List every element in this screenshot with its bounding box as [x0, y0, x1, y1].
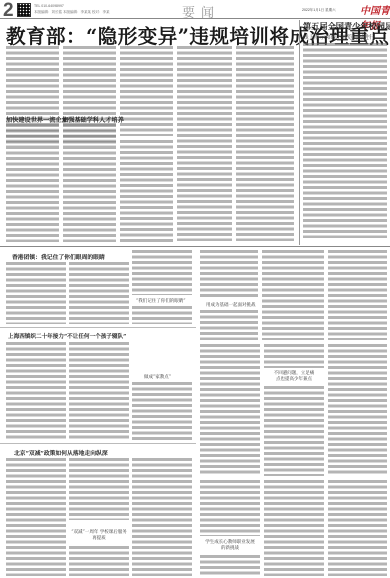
story1-col1 [6, 262, 66, 324]
side-subhead: 线上展示和线下展览同时进行 [303, 33, 375, 41]
story2-col3 [132, 382, 192, 440]
lead-body-col3 [120, 46, 173, 136]
right-subhead-3: 学生成长心教师职业发展的新挑战 [204, 540, 256, 552]
divider [299, 20, 300, 245]
lead-subhead-2: 加强基础学科人才培养 [62, 115, 124, 124]
story1-headline[interactable]: 香港团镇：我记住了你们眼周的眼睛 [12, 252, 105, 261]
right-subhead-1: 用成为基础一起面对挑战 [206, 302, 256, 308]
story1-col3 [132, 250, 192, 295]
story3-headline[interactable]: 北京“双减”政策如何从落地走向纵深 [14, 448, 108, 457]
right-low-col3 [328, 480, 387, 576]
qr-code-icon [17, 3, 31, 17]
right-mid-col2-a [264, 344, 324, 368]
right-mid-col2-b [264, 386, 324, 476]
story3-col1 [6, 458, 66, 576]
story-rule-2 [0, 443, 196, 444]
right-col3 [328, 250, 387, 340]
right-subhead-2: 不回避问题，立足痛点也提高少年兼点 [272, 371, 316, 383]
story3-col2-b [69, 546, 129, 576]
right-low-col1-b [200, 555, 260, 576]
right-low-col2 [264, 480, 324, 576]
masthead-rule [0, 18, 390, 19]
sub2-body-b [120, 140, 173, 242]
story3-subhead: “双减”一周年 学校课后服务再提质 [70, 530, 128, 542]
story3-col3 [132, 458, 192, 576]
story2-subhead: 做成“家教点” [144, 374, 171, 380]
masthead-editors: 本版编辑：刘长铭 本版编辑：李某某 校对：李某 [34, 10, 109, 15]
story2-col1 [6, 342, 66, 440]
section-rule [0, 246, 390, 247]
masthead-date: 2022年1月1日 星期六 [302, 8, 336, 13]
right-col1-b [200, 310, 258, 340]
story1-col3b [132, 306, 192, 324]
story1-subhead: “我们记住了你们的眼睛” [136, 298, 186, 304]
sub1-body [6, 124, 59, 242]
sub2-body-a [63, 124, 116, 242]
lead-body-col5 [236, 46, 294, 241]
right-col1-a [200, 250, 258, 298]
lead-body-col4 [177, 46, 232, 241]
story1-col2 [69, 262, 129, 324]
story3-col2-a [69, 458, 129, 520]
story2-headline[interactable]: 上海西镇织二十年接力“不让任何一个孩子辍队” [8, 332, 126, 340]
side-story-body [303, 43, 387, 238]
side-headline[interactable]: 第五届全国青少年校园足球影像展启动 [303, 21, 390, 32]
right-low-col1-a [200, 480, 260, 536]
lead-subhead-1: 加快建设世界一流企业 [6, 115, 68, 124]
right-mid-col1 [200, 344, 260, 476]
story2-col2 [69, 342, 129, 440]
story-rule-1 [0, 327, 196, 328]
masthead-phone: TEL 010-64098997 [34, 4, 64, 9]
right-col2 [262, 250, 324, 340]
right-mid-col3 [328, 344, 387, 476]
